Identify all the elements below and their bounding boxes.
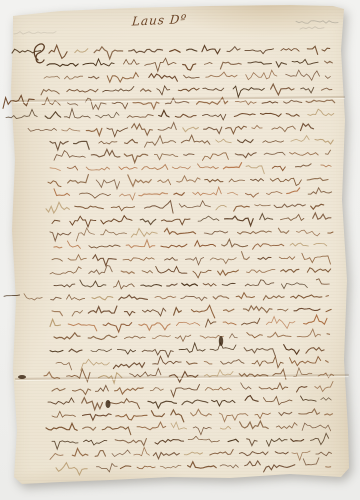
manuscript-page bbox=[0, 0, 360, 500]
paper-shadow bbox=[0, 0, 360, 500]
photo-background: Laus Dº bbox=[0, 0, 360, 500]
